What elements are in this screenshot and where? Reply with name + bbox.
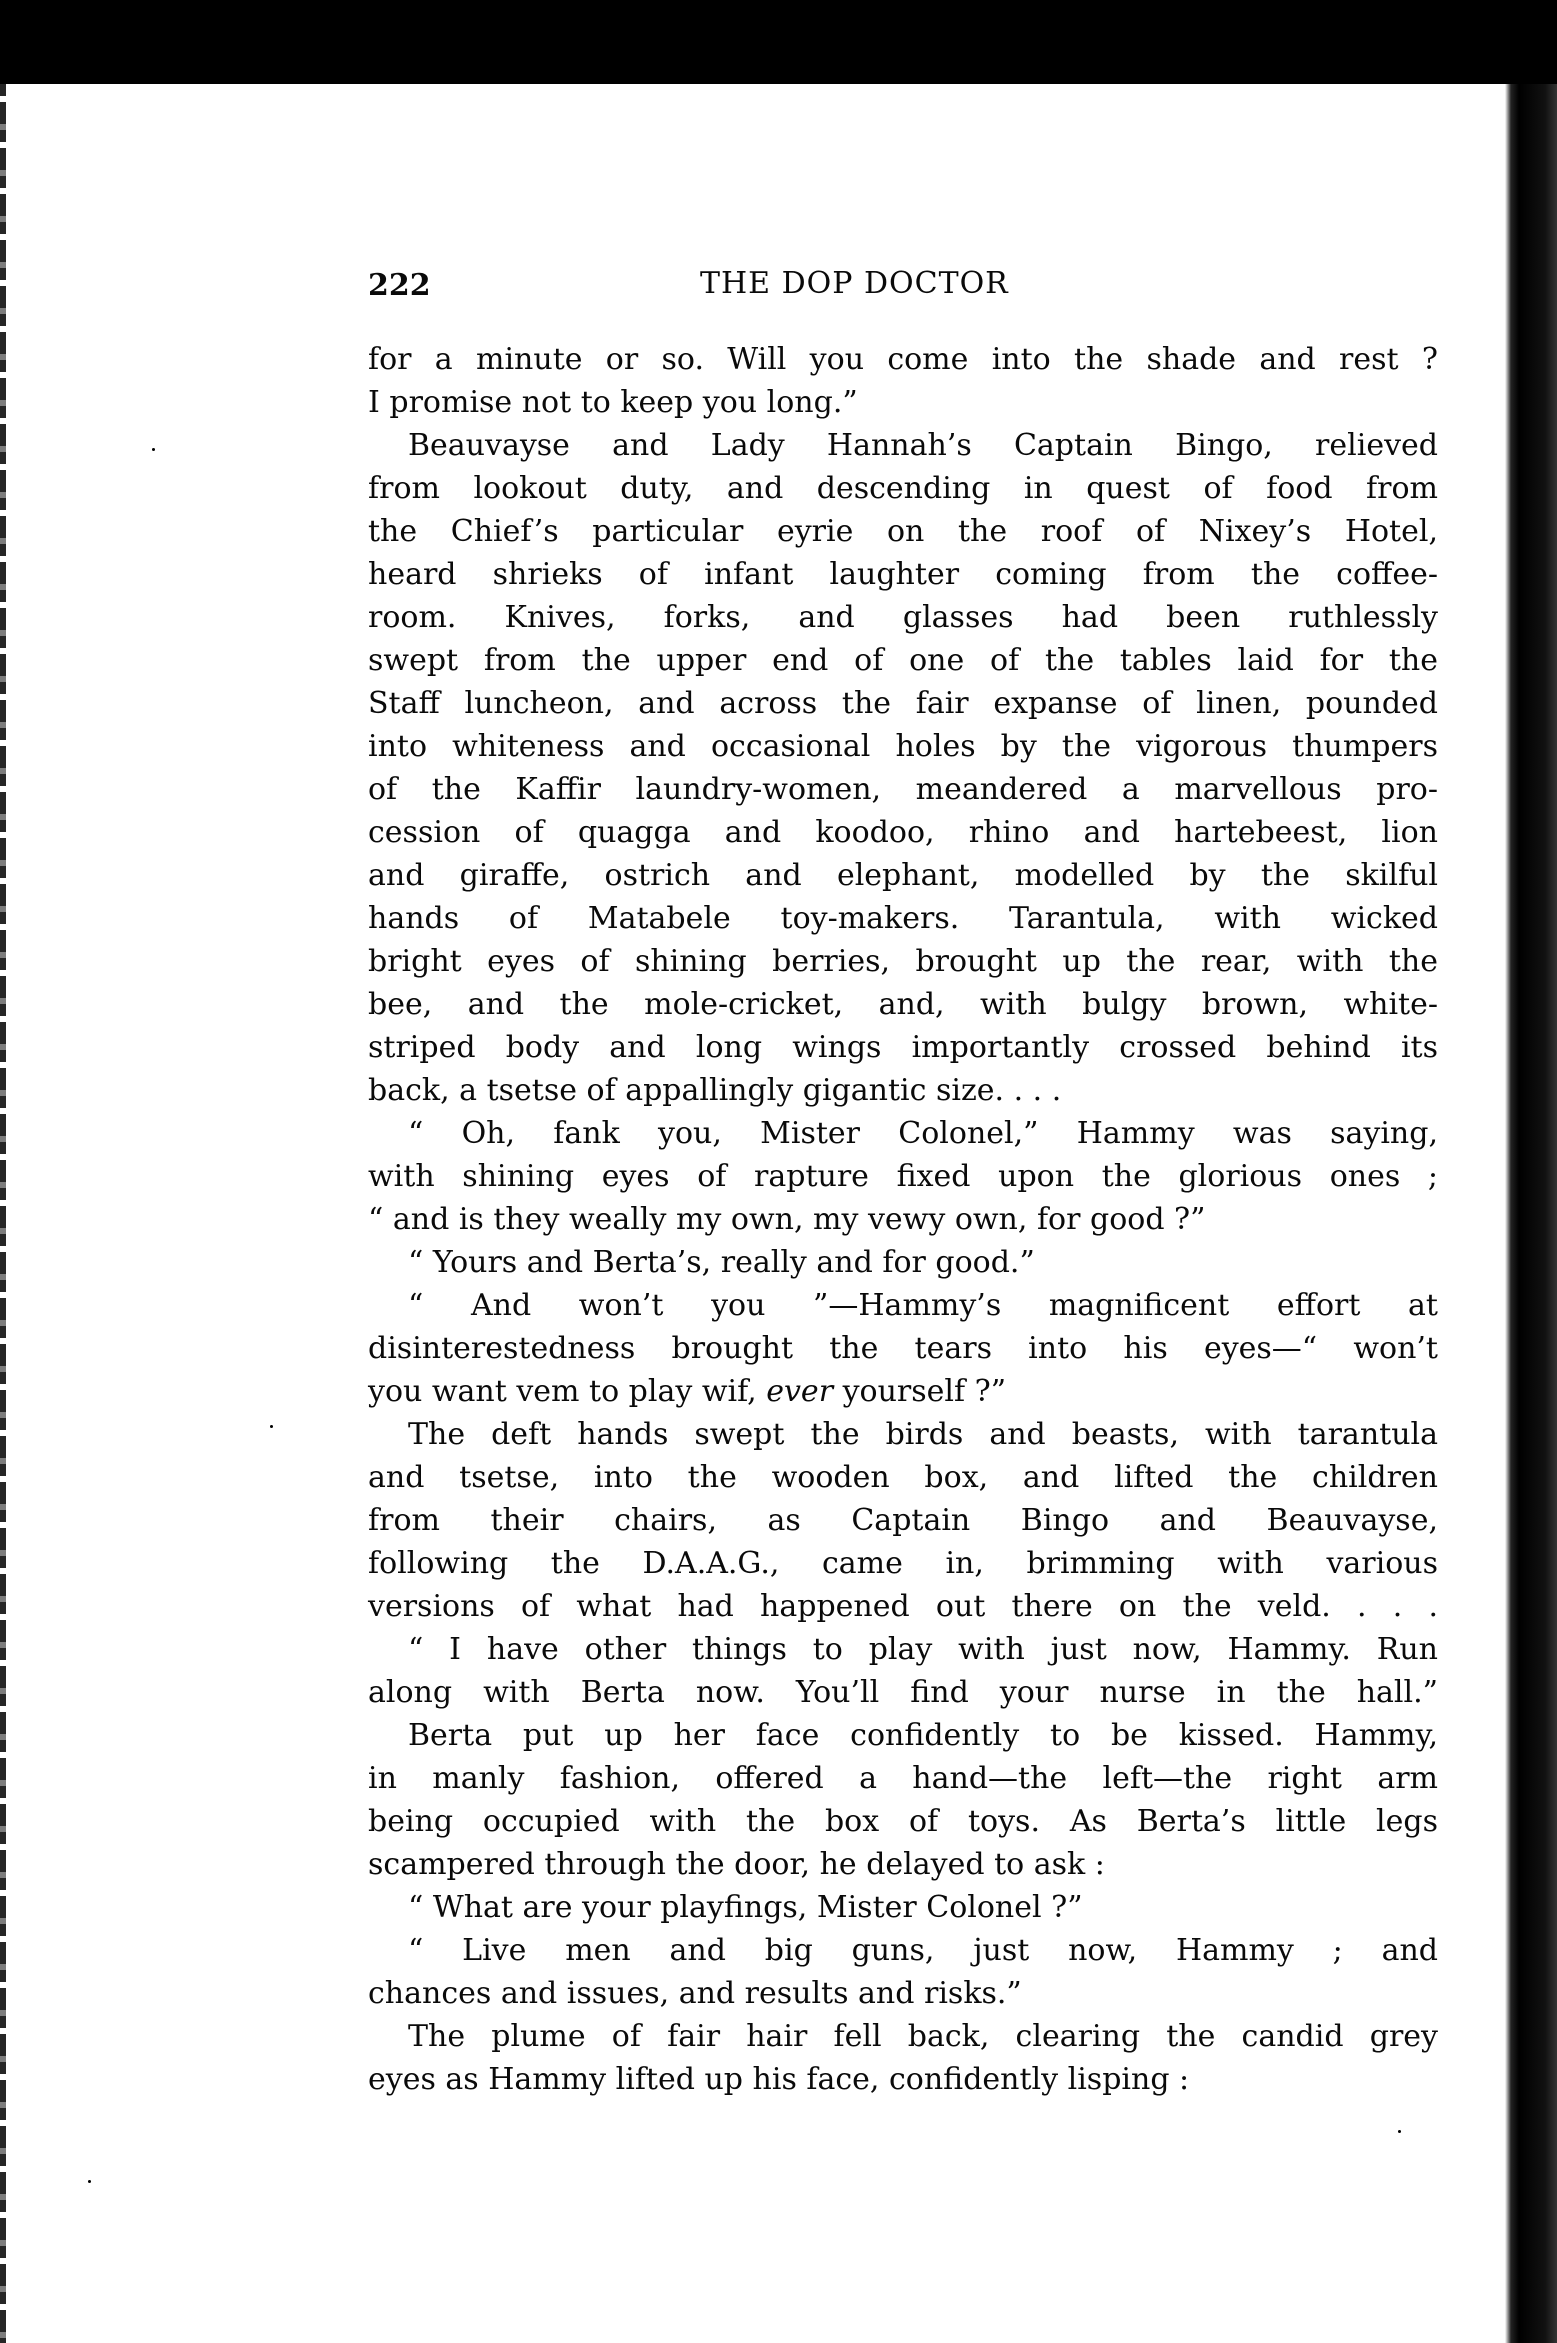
text-line: the Chief’s particular eyrie on the roof… — [368, 510, 1438, 553]
scan-right-edge-book-gutter — [1505, 84, 1557, 2343]
text-line: and tsetse, into the wooden box, and lif… — [368, 1456, 1438, 1499]
text-line: with shining eyes of rapture fixed upon … — [368, 1155, 1438, 1198]
text-line: bee, and the mole-cricket, and, with bul… — [368, 983, 1438, 1026]
text-line: “ Live men and big guns, just now, Hammy… — [368, 1929, 1438, 1972]
page-number: 222 — [368, 268, 431, 303]
text-line: in manly fashion, offered a hand—the lef… — [368, 1757, 1438, 1800]
text-line: of the Kaffir laundry-women, meandered a… — [368, 768, 1438, 811]
text-line: along with Berta now. You’ll find your n… — [368, 1671, 1438, 1714]
text-line: The plume of fair hair fell back, cleari… — [368, 2015, 1438, 2058]
text-line: “ And won’t you ”—Hammy’s magnificent ef… — [368, 1284, 1438, 1327]
text-line: for a minute or so. Will you come into t… — [368, 338, 1438, 381]
text-line: Berta put up her face confidently to be … — [368, 1714, 1438, 1757]
text-line: room. Knives, forks, and glasses had bee… — [368, 596, 1438, 639]
book-page: 222 THE DOP DOCTOR for a minute or so. W… — [368, 262, 1438, 2101]
text-line: chances and issues, and results and risk… — [368, 1972, 1438, 2015]
running-head: 222 THE DOP DOCTOR — [368, 262, 1438, 310]
text-line: being occupied with the box of toys. As … — [368, 1800, 1438, 1843]
text-line: hands of Matabele toy-makers. Tarantula,… — [368, 897, 1438, 940]
text-line: Beauvayse and Lady Hannah’s Captain Bing… — [368, 424, 1438, 467]
text-line: “ and is they weally my own, my vewy own… — [368, 1198, 1438, 1241]
scan-left-edge — [0, 84, 6, 2343]
text-line: from lookout duty, and descending in que… — [368, 467, 1438, 510]
scan-speck — [270, 1425, 273, 1428]
scan-top-border — [0, 0, 1557, 84]
text-line: back, a tsetse of appallingly gigantic s… — [368, 1069, 1438, 1112]
text-line: I promise not to keep you long.” — [368, 381, 1438, 424]
text-line: “ What are your playfings, Mister Colone… — [368, 1886, 1438, 1929]
scan-speck — [152, 448, 155, 451]
text-line: bright eyes of shining berries, brought … — [368, 940, 1438, 983]
italic-emphasis: ever — [766, 1374, 833, 1409]
text-line: “ I have other things to play with just … — [368, 1628, 1438, 1671]
scan-speck — [1398, 2130, 1401, 2133]
text-line: cession of quagga and koodoo, rhino and … — [368, 811, 1438, 854]
text-line: you want vem to play wif, ever yourself … — [368, 1370, 1438, 1413]
text-line: versions of what had happened out there … — [368, 1585, 1438, 1628]
text-line: The deft hands swept the birds and beast… — [368, 1413, 1438, 1456]
text-line: eyes as Hammy lifted up his face, confid… — [368, 2058, 1438, 2101]
text-line: striped body and long wings importantly … — [368, 1026, 1438, 1069]
text-line: “ Yours and Berta’s, really and for good… — [368, 1241, 1438, 1284]
text-line: Staff luncheon, and across the fair expa… — [368, 682, 1438, 725]
text-line: scampered through the door, he delayed t… — [368, 1843, 1438, 1886]
running-title: THE DOP DOCTOR — [700, 266, 1009, 301]
text-line: swept from the upper end of one of the t… — [368, 639, 1438, 682]
text-line: heard shrieks of infant laughter coming … — [368, 553, 1438, 596]
scan-speck — [88, 2180, 91, 2183]
text-line: following the D.A.A.G., came in, brimmin… — [368, 1542, 1438, 1585]
text-line: “ Oh, fank you, Mister Colonel,” Hammy w… — [368, 1112, 1438, 1155]
text-line: from their chairs, as Captain Bingo and … — [368, 1499, 1438, 1542]
text-line: and giraffe, ostrich and elephant, model… — [368, 854, 1438, 897]
text-line: disinterestedness brought the tears into… — [368, 1327, 1438, 1370]
body-text: for a minute or so. Will you come into t… — [368, 338, 1438, 2101]
text-line: into whiteness and occasional holes by t… — [368, 725, 1438, 768]
